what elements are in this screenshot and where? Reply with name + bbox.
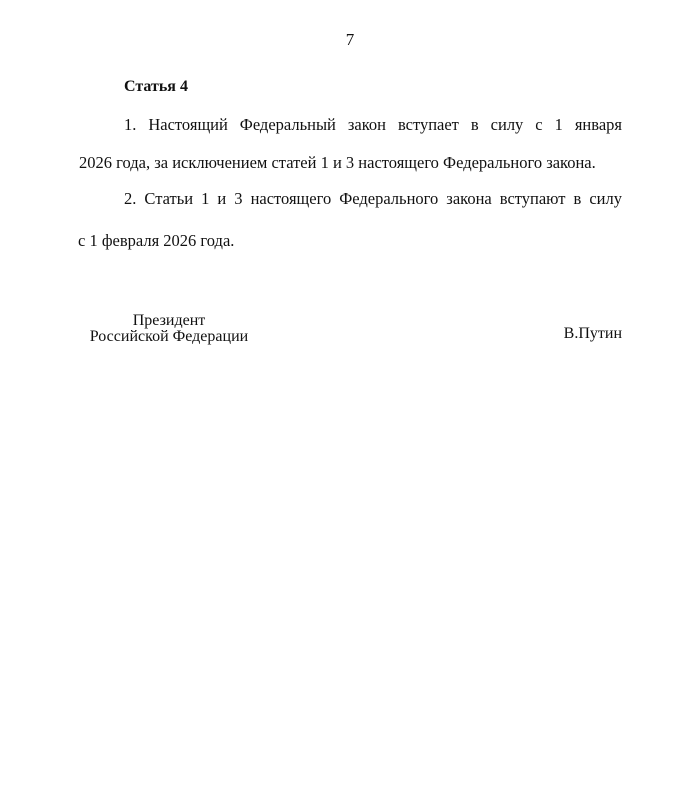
signatory-name: В.Путин: [564, 325, 622, 343]
paragraph-2-line-1: 2. Статьи 1 и 3 настоящего Федерального …: [124, 189, 622, 209]
article-heading: Статья 4: [124, 78, 188, 96]
page-number: 7: [0, 30, 700, 50]
signatory-title-line-2: Российской Федерации: [80, 328, 258, 346]
paragraph-1-line-2: 2026 года, за исключением статей 1 и 3 н…: [79, 153, 596, 173]
paragraph-2-line-2: с 1 февраля 2026 года.: [78, 231, 234, 251]
paragraph-1-line-1: 1. Настоящий Федеральный закон вступает …: [124, 115, 622, 135]
